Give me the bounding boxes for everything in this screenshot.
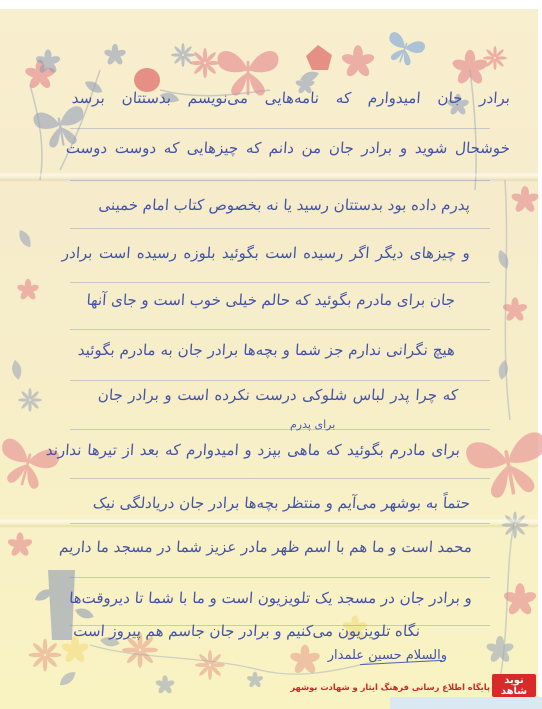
letter-line-6: هیچ نگرانی ندارم جز شما و بچه‌ها برادر ج… <box>77 340 455 360</box>
letter-line-4: و چیزهای دیگر اگر رسیده است بگوئید بلوزه… <box>61 243 470 263</box>
letter-line-7: که چرا پدر لباس شلوکی درست نکرده است و ب… <box>97 385 458 405</box>
watermark-caption: پایگاه اطلاع رسانی فرهنگ ایثار و شهادت ب… <box>394 681 490 693</box>
letter-line-8: برای مادرم بگوئید که ماهی بپزد و امیدوار… <box>45 440 460 460</box>
letter-line-2: خوشحال شوید و برادر جان من دانم که چیزها… <box>65 138 510 158</box>
ruled-line <box>70 228 490 229</box>
ruled-line <box>70 180 490 181</box>
navid-shahed-logo: نوید شاهد <box>492 674 536 697</box>
ruled-line <box>70 380 490 381</box>
ruled-line <box>70 429 490 430</box>
fold-crease-shadow <box>0 524 538 528</box>
letter-line-10: محمد است و ما هم با اسم ظهر مادر عزیز شم… <box>64 537 472 557</box>
letter-line-5: جان برای مادرم بگوئید که حالم خیلی خوب ا… <box>96 290 455 310</box>
ruled-line <box>70 478 490 479</box>
watermark-bar <box>390 697 542 709</box>
letter-line-9: حتماً به بوشهر می‌آیم و منتظر بچه‌ها برا… <box>99 493 470 513</box>
letter-line-1: برادر جان امیدوارم که نامه‌هایی می‌نویسم… <box>71 88 510 108</box>
ruled-line <box>70 128 490 129</box>
ruled-line <box>70 282 490 283</box>
letter-line-3: پدرم داده بود بدستتان رسید یا نه بخصوص ک… <box>99 195 470 215</box>
letter-line-12: نگاه تلویزیون می‌کنیم و برادر جان جاسم ه… <box>129 621 420 641</box>
letter-line-11: و برادر جان در مسجد یک تلویزیون است و ما… <box>77 588 472 608</box>
logo-text: نوید شاهد <box>492 675 536 697</box>
inserted-note: برای پدرم <box>290 418 335 432</box>
ruled-line <box>70 523 490 524</box>
ruled-line <box>70 577 490 578</box>
ruled-line <box>70 329 490 330</box>
